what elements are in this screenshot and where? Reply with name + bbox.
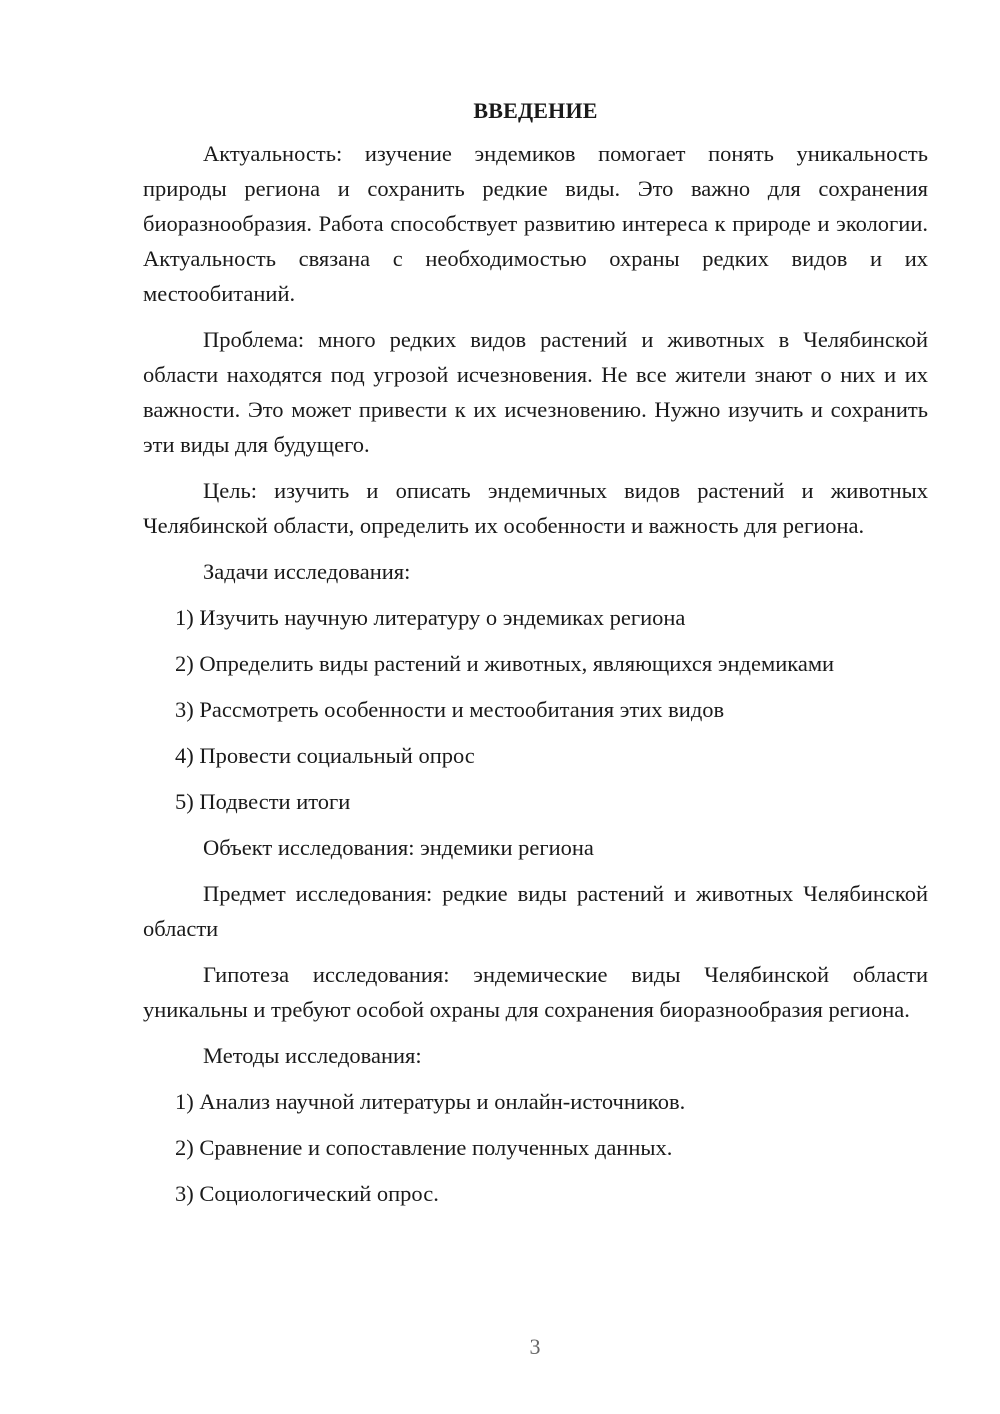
methods-list: 1) Анализ научной литературы и онлайн-ис… [143,1084,928,1211]
problem-paragraph: Проблема: много редких видов растений и … [143,322,928,462]
relevance-paragraph: Актуальность: изучение эндемиков помогае… [143,136,928,311]
hypothesis-paragraph: Гипотеза исследования: эндемические виды… [143,957,928,1027]
object-paragraph: Объект исследования: эндемики региона [143,830,928,865]
task-item: 1) Изучить научную литературу о эндемика… [143,600,928,635]
method-item: 1) Анализ научной литературы и онлайн-ис… [143,1084,928,1119]
task-item: 5) Подвести итоги [143,784,928,819]
methods-heading: Методы исследования: [143,1038,928,1073]
page-content: ВВЕДЕНИЕ Актуальность: изучение эндемико… [143,96,928,1222]
method-item: 2) Сравнение и сопоставление полученных … [143,1130,928,1165]
tasks-list: 1) Изучить научную литературу о эндемика… [143,600,928,819]
task-item: 2) Определить виды растений и животных, … [143,646,928,681]
task-item: 4) Провести социальный опрос [143,738,928,773]
tasks-heading: Задачи исследования: [143,554,928,589]
task-item: 3) Рассмотреть особенности и местообитан… [143,692,928,727]
document-page: ВВЕДЕНИЕ Актуальность: изучение эндемико… [0,0,1000,1414]
goal-paragraph: Цель: изучить и описать эндемичных видов… [143,473,928,543]
page-number: 3 [0,1334,1000,1360]
section-title: ВВЕДЕНИЕ [143,96,928,126]
method-item: 3) Социологический опрос. [143,1176,928,1211]
subject-paragraph: Предмет исследования: редкие виды растен… [143,876,928,946]
